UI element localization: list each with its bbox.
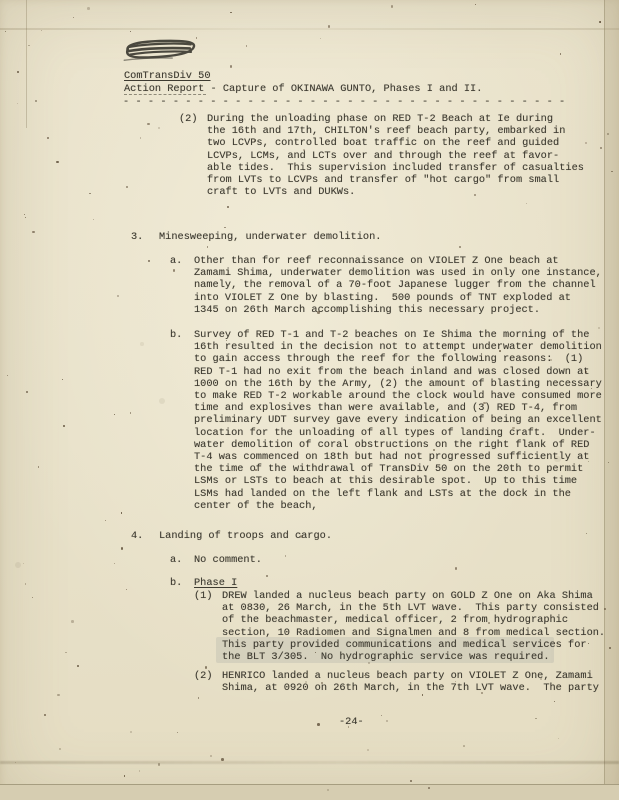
paper-speck — [57, 694, 59, 696]
paper-speck — [126, 186, 128, 188]
section-title-landing: Landing of troops and cargo. — [159, 530, 332, 542]
paper-fold — [0, 761, 619, 764]
paper-speck — [230, 12, 232, 14]
paper-speck — [550, 359, 552, 361]
paper-speck — [608, 462, 609, 463]
paper-speck — [56, 161, 58, 163]
paper-speck — [540, 678, 542, 680]
paper-speck — [266, 575, 268, 577]
paper-speck — [26, 391, 28, 393]
paper-speck — [32, 231, 35, 234]
paper-speck — [17, 103, 18, 104]
paper-speck — [24, 214, 25, 215]
paper-speck — [230, 65, 233, 68]
paper-speck — [121, 547, 124, 550]
paper-speck — [604, 608, 606, 610]
paper-speck — [198, 697, 199, 698]
paper-speck — [317, 311, 320, 314]
item-label: a. — [170, 255, 182, 267]
paper-speck — [327, 789, 329, 791]
paper-speck — [158, 763, 161, 766]
section-number: 4. — [131, 530, 143, 542]
paper-speck — [59, 748, 62, 751]
paper-speck — [140, 137, 141, 138]
paper-speck — [28, 45, 30, 47]
subject-underline — [124, 94, 206, 95]
item-label: b. — [170, 577, 182, 589]
paper-speck — [15, 562, 21, 568]
paper-speck — [224, 227, 226, 229]
section-title-minesweeping: Minesweeping, underwater demolition. — [159, 231, 381, 243]
paper-speck — [159, 398, 165, 404]
paper-speck — [32, 597, 33, 598]
paper-speck — [17, 71, 19, 73]
paper-speck — [381, 715, 382, 716]
paragraph-unloading: During the unloading phase on RED T-2 Be… — [207, 113, 584, 198]
unit-designation: ComTransDiv 50 — [124, 70, 211, 82]
paper-speck — [65, 652, 67, 654]
paper-speck — [23, 563, 24, 564]
paper-crease — [0, 28, 619, 30]
paper-speck — [483, 402, 485, 404]
item-label: (1) — [194, 590, 213, 602]
paper-speck — [130, 31, 131, 32]
paper-speck — [5, 31, 6, 32]
scanned-report-page: ComTransDiv 50 Action Report - Capture o… — [0, 0, 619, 800]
paragraph-4a: No comment. — [194, 554, 262, 566]
scribble-icon — [120, 37, 201, 64]
paper-speck — [173, 269, 176, 272]
paper-speck — [526, 203, 527, 204]
paper-speck — [227, 206, 229, 208]
paper-speck — [554, 701, 555, 702]
paper-speck — [246, 45, 248, 47]
item-label: a. — [170, 554, 182, 566]
paper-speck — [73, 17, 75, 19]
paper-speck — [428, 787, 430, 789]
paper-speck — [158, 127, 160, 129]
item-label: b. — [170, 329, 182, 341]
paper-speck — [315, 652, 316, 653]
paper-speck — [47, 137, 49, 139]
paper-speck — [63, 425, 65, 427]
paper-speck — [367, 749, 369, 751]
paper-speck — [600, 147, 602, 149]
paper-speck — [554, 456, 560, 462]
paper-speck — [317, 723, 320, 726]
paper-speck — [114, 563, 115, 564]
paper-speck — [459, 246, 461, 248]
paper-speck — [25, 217, 26, 218]
paper-speck — [424, 629, 425, 630]
paper-speck — [560, 53, 562, 55]
paper-speck — [38, 466, 40, 468]
item-label: (2) — [194, 670, 213, 682]
paper-edge-left — [26, 0, 27, 128]
paper-speck — [386, 720, 387, 721]
paper-speck — [205, 666, 208, 669]
paper-speck — [558, 738, 559, 739]
paper-speck — [25, 583, 27, 585]
paper-speck — [124, 775, 126, 777]
paragraph-4b2-henrico: HENRICO landed a nucleus beach party on … — [222, 670, 599, 694]
divider-dashes: - - - - - - - - - - - - - - - - - - - - … — [123, 96, 565, 108]
paper-speck — [44, 714, 46, 716]
paper-speck — [210, 755, 212, 757]
paper-speck — [147, 123, 150, 126]
paper-speck — [140, 342, 144, 346]
paper-speck — [148, 260, 149, 261]
paragraph-3b: Survey of RED T-1 and T-2 beaches on Ie … — [194, 329, 602, 512]
page-number: -24- — [339, 716, 364, 728]
paper-speck — [87, 7, 90, 10]
paper-speck — [364, 675, 366, 677]
paper-speck — [71, 620, 74, 623]
paper-speck — [221, 758, 224, 761]
paper-speck — [114, 414, 115, 415]
paper-speck — [455, 567, 457, 569]
paper-speck — [15, 762, 16, 763]
item-label: (2) — [179, 113, 198, 125]
paper-speck — [234, 657, 236, 659]
paper-speck — [93, 219, 94, 220]
paper-speck — [585, 142, 587, 144]
paper-speck — [121, 512, 123, 514]
paper-speck — [463, 745, 465, 747]
paper-speck — [321, 682, 323, 684]
paper-speck — [117, 295, 120, 298]
paper-speck — [609, 647, 611, 649]
paper-speck — [433, 449, 435, 451]
paper-speck — [611, 171, 613, 173]
paper-speck — [139, 770, 141, 772]
paper-speck — [130, 731, 132, 733]
paper-speck — [7, 375, 8, 376]
paper-speck — [177, 732, 179, 734]
paper-speck — [320, 38, 321, 39]
paper-edge-bottom — [0, 784, 619, 800]
paper-speck — [328, 25, 330, 27]
paper-speck — [105, 520, 106, 521]
paper-speck — [475, 4, 476, 5]
paragraph-4b1-drew: DREW landed a nucleus beach party on GOL… — [222, 590, 605, 663]
paper-speck — [607, 133, 609, 135]
paper-speck — [89, 193, 91, 195]
paper-speck — [499, 350, 501, 352]
paper-speck — [410, 780, 413, 783]
paper-speck — [35, 100, 37, 102]
paragraph-3a: Other than for reef reconnaissance on VI… — [194, 255, 602, 316]
paper-speck — [455, 681, 456, 682]
paper-speck — [207, 246, 208, 247]
paper-speck — [586, 533, 587, 534]
paper-speck — [391, 5, 393, 7]
censor-scribble-stamp — [120, 37, 201, 69]
paper-speck — [368, 662, 370, 664]
phase-heading: Phase I — [194, 577, 237, 589]
paper-speck — [130, 412, 132, 414]
paper-speck — [535, 718, 537, 720]
paper-speck — [62, 379, 63, 380]
section-number: 3. — [131, 231, 143, 243]
paper-speck — [474, 194, 476, 196]
paper-speck — [285, 555, 286, 556]
paper-speck — [481, 692, 483, 694]
paper-speck — [41, 30, 42, 31]
paper-edge-right — [604, 0, 619, 800]
paper-speck — [126, 589, 127, 590]
paper-speck — [77, 665, 79, 667]
